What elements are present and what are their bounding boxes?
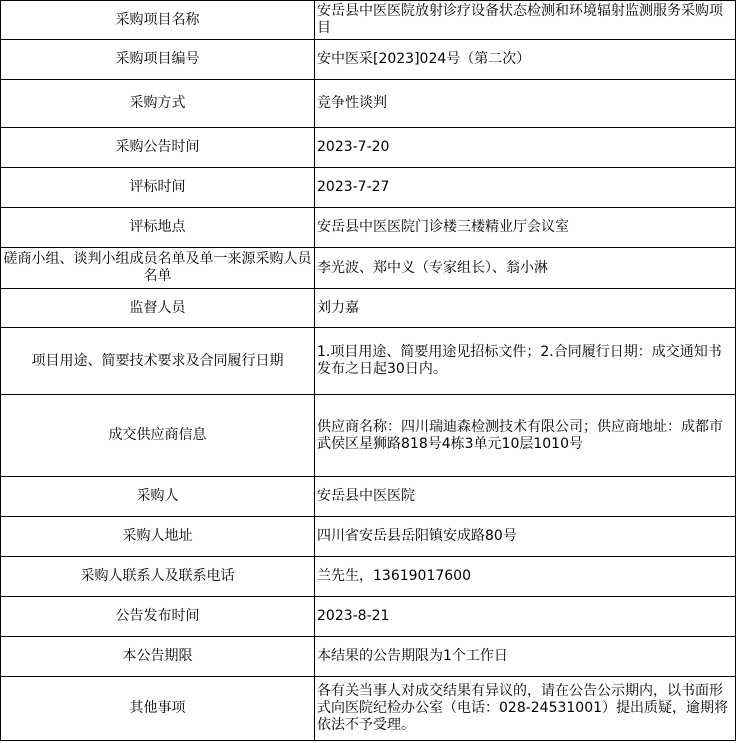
row-value: 安岳县中医医院 — [315, 477, 736, 517]
table-row: 采购人 安岳县中医医院 — [1, 477, 736, 517]
table-row: 本公告期限 本结果的公告期限为1个工作日 — [1, 637, 736, 677]
row-value: 本结果的公告期限为1个工作日 — [315, 637, 736, 677]
row-label: 采购人联系人及联系电话 — [1, 557, 315, 597]
row-value: 刘力嘉 — [315, 289, 736, 328]
row-label: 采购方式 — [1, 80, 315, 128]
row-value: 兰先生，13619017600 — [315, 557, 736, 597]
table-row: 磋商小组、谈判小组成员名单及单一来源采购人员名单 李光波、郑中义（专家组长）、翁… — [1, 248, 736, 289]
table-row: 采购项目名称 安岳县中医医院放射诊疗设备状态检测和环境辐射监测服务采购项目 — [1, 1, 736, 40]
table-row: 其他事项 各有关当事人对成交结果有异议的，请在公告公示期内，以书面形式向医院纪检… — [1, 677, 736, 741]
row-value: 各有关当事人对成交结果有异议的，请在公告公示期内，以书面形式向医院纪检办公室（电… — [315, 677, 736, 741]
row-value: 2023-8-21 — [315, 597, 736, 637]
table-row: 评标时间 2023-7-27 — [1, 168, 736, 208]
row-label: 采购项目名称 — [1, 1, 315, 40]
row-value: 供应商名称：四川瑞迪森检测技术有限公司；供应商地址：成都市武侯区星狮路818号4… — [315, 395, 736, 477]
table-row: 监督人员 刘力嘉 — [1, 289, 736, 328]
row-value: 李光波、郑中义（专家组长）、翁小淋 — [315, 248, 736, 289]
row-value: 2023-7-27 — [315, 168, 736, 208]
table-row: 采购人地址 四川省安岳县岳阳镇安成路80号 — [1, 517, 736, 557]
table-row: 采购公告时间 2023-7-20 — [1, 128, 736, 168]
row-label: 本公告期限 — [1, 637, 315, 677]
procurement-result-table: 采购项目名称 安岳县中医医院放射诊疗设备状态检测和环境辐射监测服务采购项目 采购… — [0, 0, 736, 741]
row-label: 采购人 — [1, 477, 315, 517]
row-value: 四川省安岳县岳阳镇安成路80号 — [315, 517, 736, 557]
row-label: 评标时间 — [1, 168, 315, 208]
table-row: 采购项目编号 安中医采[2023]024号（第二次） — [1, 40, 736, 80]
table-row: 成交供应商信息 供应商名称：四川瑞迪森检测技术有限公司；供应商地址：成都市武侯区… — [1, 395, 736, 477]
row-label: 其他事项 — [1, 677, 315, 741]
row-label: 评标地点 — [1, 208, 315, 248]
table-row: 项目用途、简要技术要求及合同履行日期 1.项目用途、简要用途见招标文件；2.合同… — [1, 328, 736, 395]
row-label: 项目用途、简要技术要求及合同履行日期 — [1, 328, 315, 395]
table-row: 评标地点 安岳县中医医院门诊楼三楼精业厅会议室 — [1, 208, 736, 248]
row-value: 安中医采[2023]024号（第二次） — [315, 40, 736, 80]
row-label: 公告发布时间 — [1, 597, 315, 637]
table-row: 公告发布时间 2023-8-21 — [1, 597, 736, 637]
row-label: 成交供应商信息 — [1, 395, 315, 477]
row-label: 采购公告时间 — [1, 128, 315, 168]
row-label: 采购人地址 — [1, 517, 315, 557]
row-value: 2023-7-20 — [315, 128, 736, 168]
table-row: 采购人联系人及联系电话 兰先生，13619017600 — [1, 557, 736, 597]
row-value: 安岳县中医医院放射诊疗设备状态检测和环境辐射监测服务采购项目 — [315, 1, 736, 40]
row-value: 竞争性谈判 — [315, 80, 736, 128]
row-label: 采购项目编号 — [1, 40, 315, 80]
row-label: 磋商小组、谈判小组成员名单及单一来源采购人员名单 — [1, 248, 315, 289]
row-value: 1.项目用途、简要用途见招标文件；2.合同履行日期：成交通知书发布之日起30日内… — [315, 328, 736, 395]
row-label: 监督人员 — [1, 289, 315, 328]
table-row: 采购方式 竞争性谈判 — [1, 80, 736, 128]
row-value: 安岳县中医医院门诊楼三楼精业厅会议室 — [315, 208, 736, 248]
